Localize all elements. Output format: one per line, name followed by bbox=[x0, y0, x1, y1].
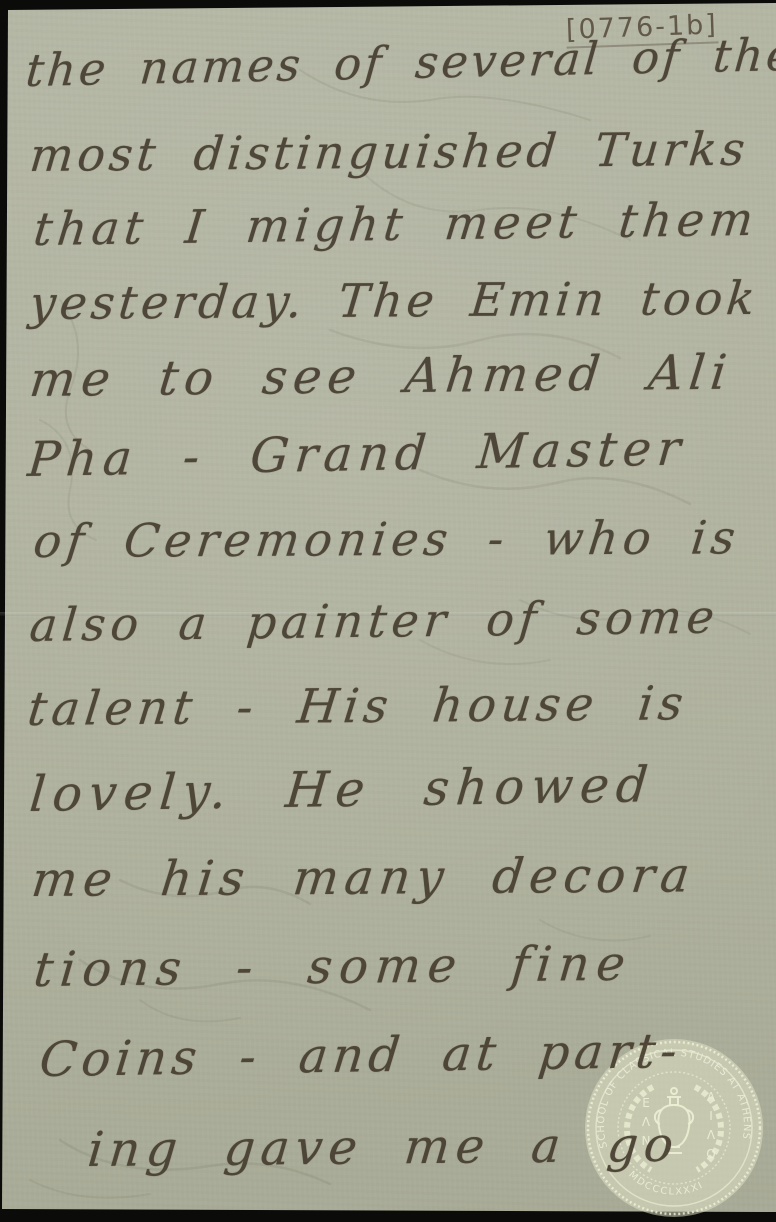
seal-greek-letters-right: ΑΙΛΟ bbox=[704, 1090, 718, 1166]
handwritten-line-2: most distinguished Turks bbox=[27, 122, 751, 182]
handwritten-line-4: yesterday. The Emin took bbox=[27, 271, 761, 330]
handwritten-line-7: of Ceremonies - who is bbox=[31, 510, 743, 568]
scanned-letter-page: [0776-1b] the names of several of the mo… bbox=[0, 0, 776, 1222]
handwritten-line-5: me to see Ahmed Ali bbox=[27, 345, 735, 408]
handwritten-line-13: Coins - and at part- bbox=[37, 1023, 685, 1088]
handwritten-line-6: Pha - Grand Master bbox=[26, 420, 689, 488]
handwritten-line-9: talent - His house is bbox=[25, 676, 691, 737]
handwritten-line-8: also a painter of some bbox=[27, 590, 721, 652]
handwritten-line-14: ing gave me a go bbox=[85, 1117, 681, 1178]
handwritten-line-3: that I might meet them bbox=[31, 192, 761, 256]
handwritten-line-11: me his many decora bbox=[29, 847, 699, 908]
handwritten-line-12: tions - some fine bbox=[31, 936, 634, 998]
handwritten-line-10: lovely. He showed bbox=[27, 756, 657, 823]
